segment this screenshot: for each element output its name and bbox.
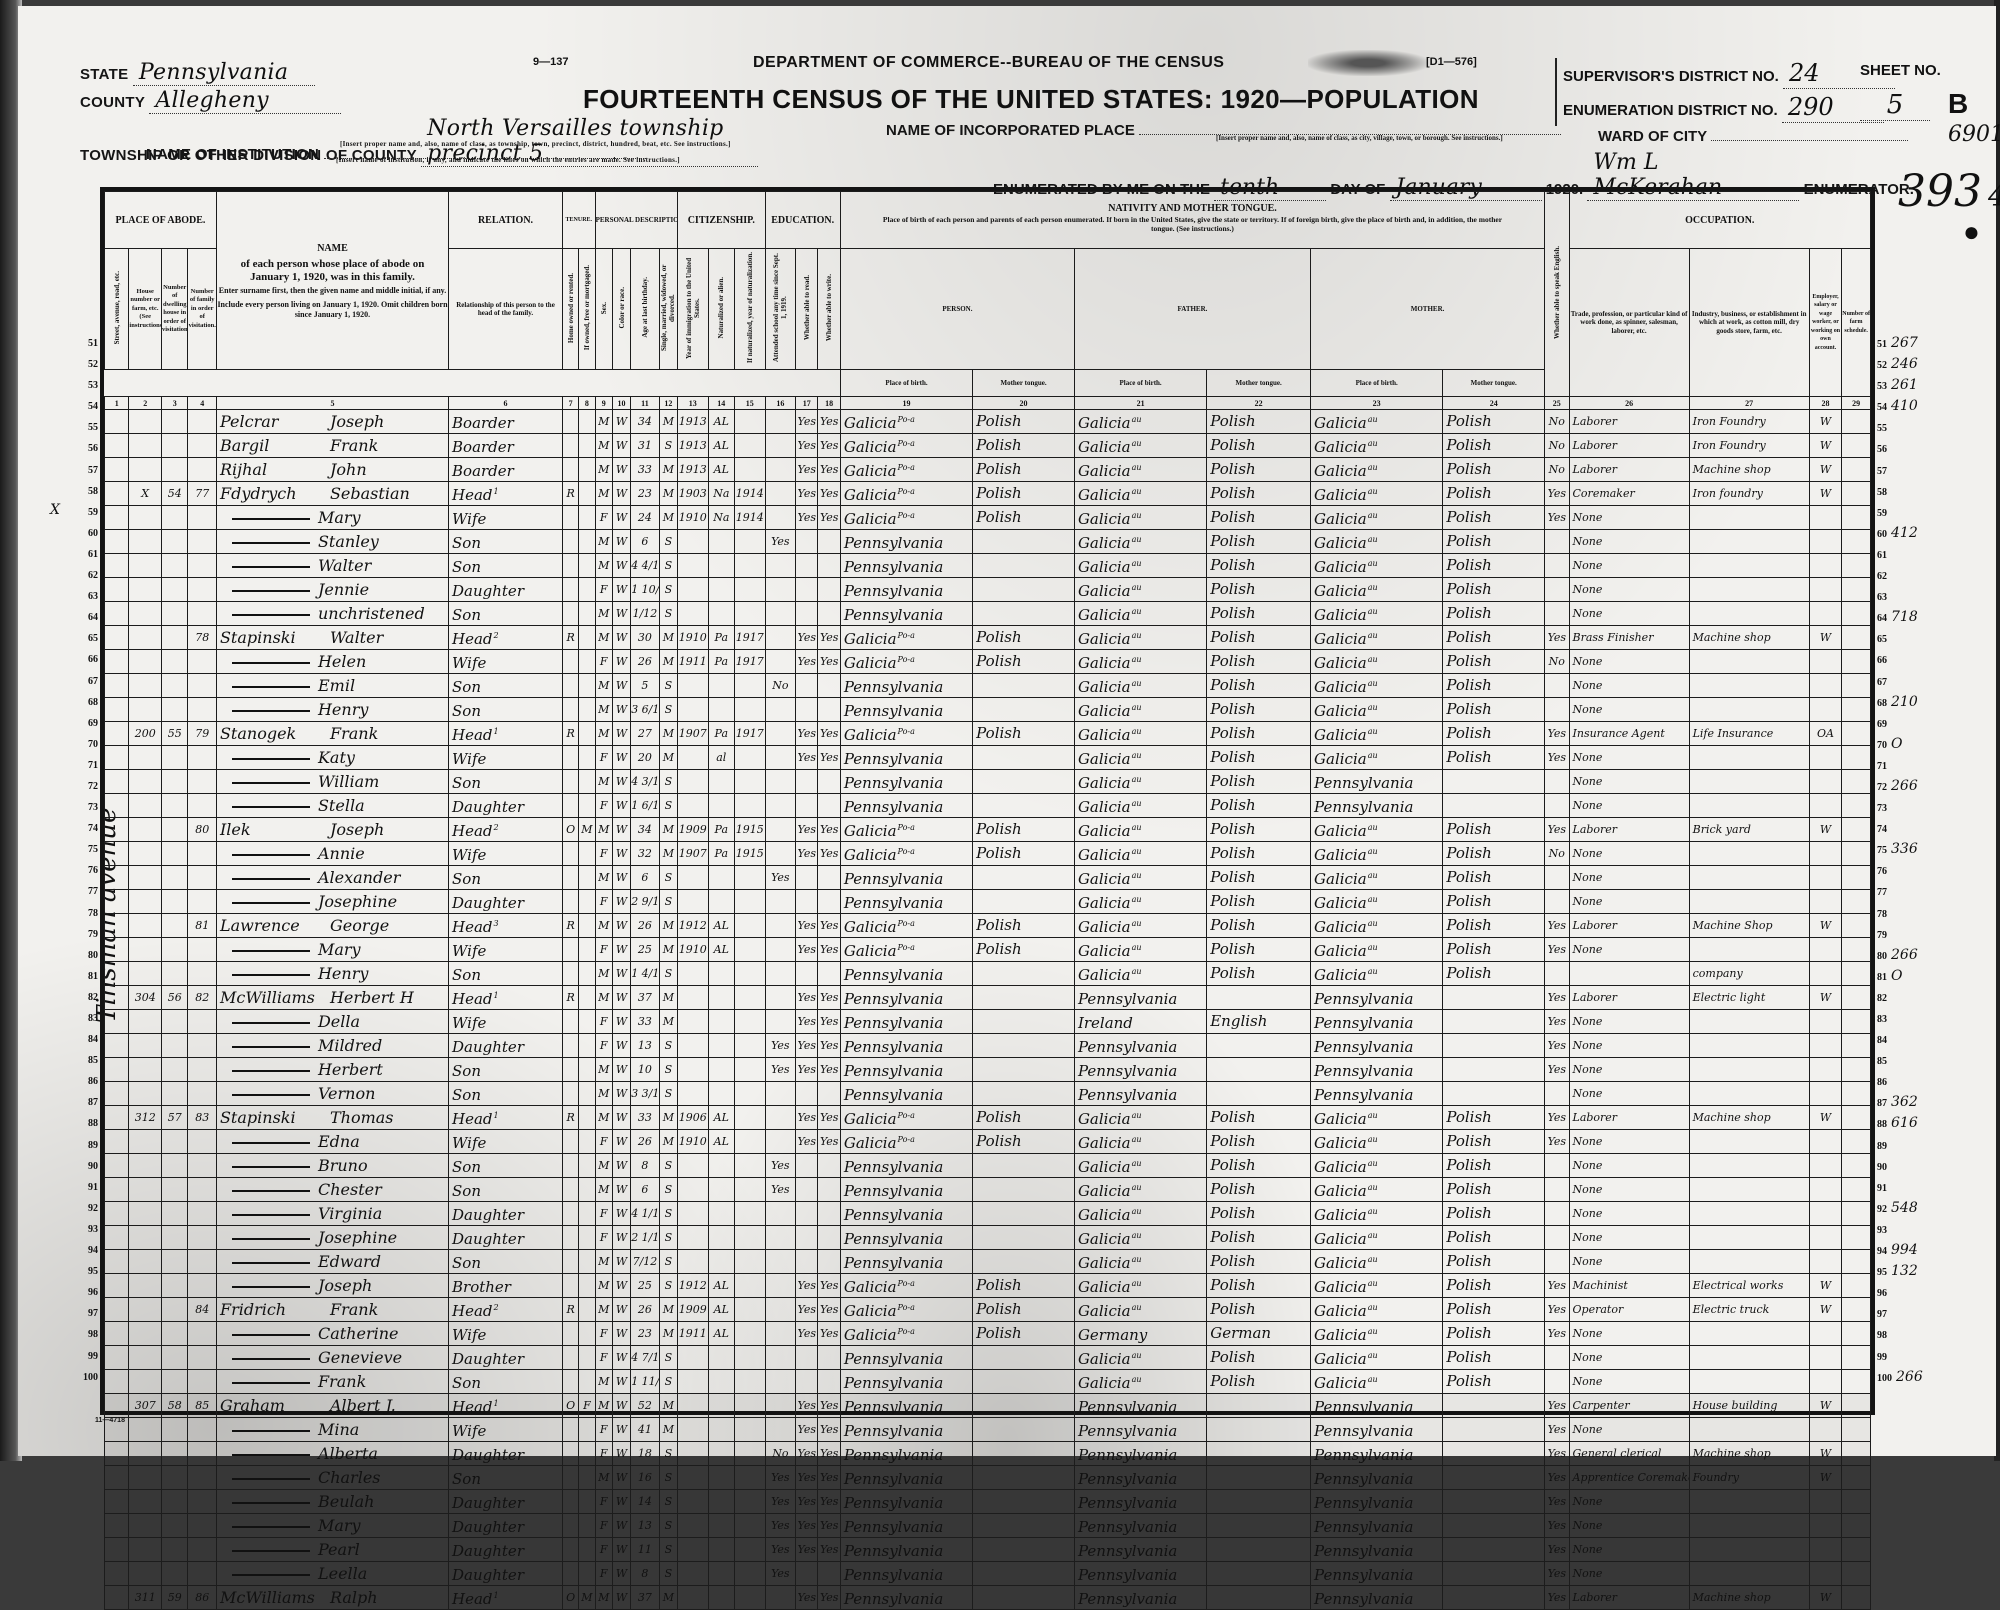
farm-cell xyxy=(1842,722,1871,746)
sex-cell: F xyxy=(595,1322,612,1346)
dwelling-cell xyxy=(161,1322,187,1346)
f_pob-cell: Galiciaau xyxy=(1074,674,1206,698)
birthplace-suffix: au xyxy=(1132,1207,1142,1216)
nat-cell: AL xyxy=(708,458,734,482)
place-of-birth: Pennsylvania xyxy=(844,1374,943,1392)
birthplace-suffix: au xyxy=(1132,799,1142,808)
name-cell: Alexander xyxy=(216,866,448,890)
column-number: 10 xyxy=(612,397,630,410)
line-number-label: 98 xyxy=(1877,1330,1887,1341)
age-cell: 24 xyxy=(631,506,659,530)
age-cell: 26 xyxy=(631,1130,659,1154)
trade-cell: Laborer xyxy=(1569,458,1689,482)
table-row: 3045682McWilliamsHerbert HHead1RMW37MYes… xyxy=(105,986,1871,1010)
class-cell xyxy=(1809,962,1842,986)
birthplace-suffix: au xyxy=(1368,583,1378,592)
race-cell: W xyxy=(612,1274,630,1298)
write-cell: Yes xyxy=(818,1010,840,1034)
race-cell: W xyxy=(612,866,630,890)
m_tongue-cell: Polish xyxy=(1443,1178,1545,1202)
place-of-birth: Pennsylvania xyxy=(844,582,943,600)
place-of-birth: Galicia xyxy=(1078,534,1131,552)
ditto-dash xyxy=(232,1262,310,1264)
english-cell xyxy=(1545,1154,1569,1178)
surname: Fdydrych xyxy=(220,484,330,503)
race-cell: W xyxy=(612,1010,630,1034)
write-cell: Yes xyxy=(818,458,840,482)
english-cell: Yes xyxy=(1545,1442,1569,1462)
f_pob-cell: Galiciaau xyxy=(1074,1346,1206,1370)
trade-cell: None xyxy=(1569,506,1689,530)
marital-cell: S xyxy=(659,578,677,602)
line-number-right: 55 xyxy=(1877,417,1997,438)
birthplace-suffix: au xyxy=(1132,847,1142,856)
line-number-right: 60412 xyxy=(1877,523,1997,544)
place-of-birth: Pennsylvania xyxy=(1078,1086,1177,1104)
place-of-birth: Galicia xyxy=(1078,1158,1131,1176)
race-cell: W xyxy=(612,554,630,578)
f_tongue-cell: Polish xyxy=(1207,746,1311,770)
tongue-cell: Polish xyxy=(973,1130,1075,1154)
line-number: 54 xyxy=(58,396,98,417)
read-cell xyxy=(796,1346,818,1370)
relation: Wife xyxy=(452,846,486,864)
mort-cell xyxy=(579,1082,595,1106)
given-name: Mary xyxy=(318,508,361,527)
class-cell xyxy=(1809,1202,1842,1226)
pob-cell: GaliciaPo-a xyxy=(840,1106,972,1130)
own-cell xyxy=(563,1274,579,1298)
line-number-label: 76 xyxy=(1877,866,1887,877)
write-cell: Yes xyxy=(818,1298,840,1322)
column-number: 9 xyxy=(595,397,612,410)
place-of-birth: Pennsylvania xyxy=(844,1350,943,1368)
farm-cell xyxy=(1842,554,1871,578)
house-cell xyxy=(129,698,162,722)
pob-cell: GaliciaPo-a xyxy=(840,506,972,530)
write-cell: Yes xyxy=(818,1130,840,1154)
place-of-birth: Pennsylvania xyxy=(1314,774,1413,792)
table-row: 2005579StanogekFrankHead1RMW27M1907Pa191… xyxy=(105,722,1871,746)
marital-cell: M xyxy=(659,722,677,746)
trade-cell: None xyxy=(1569,698,1689,722)
place-of-birth: Pennsylvania xyxy=(844,534,943,552)
relation: Wife xyxy=(452,1422,486,1440)
m_tongue-cell: Polish xyxy=(1443,482,1545,506)
street-cell xyxy=(105,1298,129,1322)
relation-cell: Son xyxy=(449,1082,563,1106)
m_pob-cell: Galiciaau xyxy=(1311,458,1443,482)
footer-code: 11—4718 xyxy=(95,1417,125,1424)
f_pob-cell: Galiciaau xyxy=(1074,482,1206,506)
line-number-label: 100 xyxy=(1877,1373,1892,1384)
family-cell xyxy=(188,530,217,554)
family-cell xyxy=(188,602,217,626)
col2-header: House number or farm, etc. (See instruct… xyxy=(129,249,162,370)
trade-cell: None xyxy=(1569,794,1689,818)
f_tongue-cell: Polish xyxy=(1207,914,1311,938)
given-name: Josephine xyxy=(318,1228,397,1247)
place-of-birth: Galicia xyxy=(1078,606,1131,624)
street-cell xyxy=(105,626,129,650)
nat-cell xyxy=(708,530,734,554)
pob-cell: Pennsylvania xyxy=(840,1178,972,1202)
column-number: 18 xyxy=(818,397,840,410)
sex-cell: M xyxy=(595,986,612,1010)
age-cell: 1/12 xyxy=(631,602,659,626)
given-name: Joseph xyxy=(330,412,384,431)
col7-header: Home owned or rented. xyxy=(563,249,579,370)
immig-cell xyxy=(678,1346,709,1370)
street-cell xyxy=(105,722,129,746)
relation: Head xyxy=(452,918,493,936)
street-cell xyxy=(105,746,129,770)
sex-cell: M xyxy=(595,626,612,650)
line-number-label: 69 xyxy=(1877,719,1887,730)
birthplace-suffix: au xyxy=(1368,943,1378,952)
read-cell: Yes xyxy=(796,1322,818,1346)
birthplace-suffix: au xyxy=(1132,511,1142,520)
nat-cell: AL xyxy=(708,1322,734,1346)
school-cell xyxy=(765,1418,796,1442)
f_tongue-cell xyxy=(1207,1394,1311,1418)
ditto-dash xyxy=(232,1238,310,1240)
house-cell xyxy=(129,1034,162,1058)
read-cell: Yes xyxy=(796,818,818,842)
sex-cell: M xyxy=(595,1250,612,1274)
line-number: 92 xyxy=(58,1198,98,1219)
tongue-cell: Polish xyxy=(973,482,1075,506)
place-of-birth: Pennsylvania xyxy=(1314,1038,1413,1056)
birthplace-suffix: Po-a xyxy=(898,487,915,496)
farm-cell xyxy=(1842,1226,1871,1250)
nat-cell xyxy=(708,554,734,578)
nat_year-cell: 1914 xyxy=(735,482,766,506)
line-number: 55 xyxy=(58,417,98,438)
col11-label: Age at last birthday. xyxy=(641,277,649,338)
supervisor-district-line: Supervisor's District No. 24 xyxy=(1563,58,1895,92)
race-cell: W xyxy=(612,506,630,530)
sex-cell: M xyxy=(595,458,612,482)
pob-cell: GaliciaPo-a xyxy=(840,482,972,506)
given-name: Edward xyxy=(318,1252,381,1271)
marital-cell: S xyxy=(659,1202,677,1226)
age-cell: 5 xyxy=(631,674,659,698)
dwelling-cell xyxy=(161,1370,187,1394)
dwelling-cell xyxy=(161,1346,187,1370)
m_tongue-cell: Polish xyxy=(1443,434,1545,458)
relation: Wife xyxy=(452,1014,486,1032)
read-cell: Yes xyxy=(796,1274,818,1298)
tongue-cell: Polish xyxy=(973,842,1075,866)
place-of-birth: Galicia xyxy=(1314,846,1367,864)
english-cell: Yes xyxy=(1545,722,1569,746)
industry-cell xyxy=(1689,1346,1809,1370)
given-name: Genevieve xyxy=(318,1348,402,1367)
line-number-right: 73 xyxy=(1877,797,1997,818)
line-number-label: 88 xyxy=(1877,1119,1887,1130)
nat_year-cell xyxy=(735,890,766,914)
age-cell: 4 4/12 xyxy=(631,554,659,578)
class-cell: W xyxy=(1809,986,1842,1010)
line-number-label: 93 xyxy=(1877,1225,1887,1236)
col12-label: Single, married, widowed, or divorced. xyxy=(660,252,676,364)
trade-cell: Laborer xyxy=(1569,410,1689,434)
ditto-dash xyxy=(232,1142,310,1144)
industry-cell xyxy=(1689,770,1809,794)
own-cell xyxy=(563,410,579,434)
given-name: William xyxy=(318,772,379,791)
table-row: BrunoSonMW8SYesPennsylvaniaGaliciaauPoli… xyxy=(105,1154,1871,1178)
street-cell xyxy=(105,1058,129,1082)
family-cell xyxy=(188,794,217,818)
m_pob-cell: Galiciaau xyxy=(1311,842,1443,866)
industry-cell xyxy=(1689,1370,1809,1394)
incorporated-line: Name of incorporated place [Insert prope… xyxy=(886,122,1561,139)
relation: Head xyxy=(452,822,493,840)
trade-cell: None xyxy=(1569,1202,1689,1226)
trade-cell: None xyxy=(1569,602,1689,626)
trade-cell: None xyxy=(1569,770,1689,794)
farm-cell xyxy=(1842,674,1871,698)
incorporated-note: [Insert proper name and, also, name of c… xyxy=(1216,134,1503,142)
column-number: 13 xyxy=(678,397,709,410)
dwelling-cell xyxy=(161,506,187,530)
m_tongue-cell: Polish xyxy=(1443,698,1545,722)
class-cell xyxy=(1809,938,1842,962)
own-cell xyxy=(563,434,579,458)
industry-cell xyxy=(1689,1418,1809,1442)
nat-cell xyxy=(708,674,734,698)
trade-cell: None xyxy=(1569,1082,1689,1106)
f_tongue-cell: Polish xyxy=(1207,1370,1311,1394)
farm-cell xyxy=(1842,1106,1871,1130)
nat_year-cell: 1915 xyxy=(735,842,766,866)
birthplace-suffix: au xyxy=(1368,703,1378,712)
sheet-number-box: Sheet No. 5 B xyxy=(1860,62,1941,79)
name-cell: Mary xyxy=(216,938,448,962)
own-cell: R xyxy=(563,1298,579,1322)
school-cell xyxy=(765,410,796,434)
race-cell: W xyxy=(612,1442,630,1462)
place-of-birth: Galicia xyxy=(1314,1182,1367,1200)
place-of-birth: Galicia xyxy=(1314,606,1367,624)
f_tongue-cell: Polish xyxy=(1207,1202,1311,1226)
name-cell: StapinskiWalter xyxy=(216,626,448,650)
dwelling-cell xyxy=(161,1010,187,1034)
race-cell: W xyxy=(612,1418,630,1442)
place-of-birth: Galicia xyxy=(1314,1206,1367,1224)
dwelling-cell xyxy=(161,674,187,698)
pob-cell: Pennsylvania xyxy=(840,1058,972,1082)
m_pob-cell: Galiciaau xyxy=(1311,1178,1443,1202)
nat_year-cell xyxy=(735,434,766,458)
place-of-birth: Galicia xyxy=(1314,1278,1367,1296)
nat-cell xyxy=(708,1226,734,1250)
place-of-birth: Galicia xyxy=(1078,654,1131,672)
m_tongue-cell: Polish xyxy=(1443,650,1545,674)
m_tongue-cell: Polish xyxy=(1443,842,1545,866)
family-cell xyxy=(188,434,217,458)
trade-cell: None xyxy=(1569,1178,1689,1202)
race-cell: W xyxy=(612,914,630,938)
age-cell: 3 6/12 xyxy=(631,698,659,722)
mort-cell xyxy=(579,1154,595,1178)
mort-cell xyxy=(579,1442,595,1462)
sheet-number: 5 xyxy=(1860,90,1930,121)
family-cell: 78 xyxy=(188,626,217,650)
relation: Daughter xyxy=(452,582,524,600)
place-of-birth: Galicia xyxy=(1314,1350,1367,1368)
relation: Daughter xyxy=(452,1038,524,1056)
english-cell: Yes xyxy=(1545,1298,1569,1322)
marital-cell: S xyxy=(659,866,677,890)
school-cell xyxy=(765,506,796,530)
line-number-label: 91 xyxy=(1877,1183,1887,1194)
class-cell xyxy=(1809,578,1842,602)
farm-cell xyxy=(1842,1202,1871,1226)
table-row: EdwardSonMW7/12SPennsylvaniaGaliciaauPol… xyxy=(105,1250,1871,1274)
ward-line: Ward of city xyxy=(1598,128,1908,145)
pob-cell: Pennsylvania xyxy=(840,1346,972,1370)
trade-cell: Laborer xyxy=(1569,986,1689,1010)
mort-cell xyxy=(579,938,595,962)
f_tongue-cell: Polish xyxy=(1207,938,1311,962)
relation: Son xyxy=(452,606,481,624)
marital-cell: S xyxy=(659,1154,677,1178)
name-cell: Helen xyxy=(216,650,448,674)
family-cell xyxy=(188,1322,217,1346)
sex-cell: M xyxy=(595,1370,612,1394)
tongue-cell: Polish xyxy=(973,1106,1075,1130)
f_tongue-cell: Polish xyxy=(1207,674,1311,698)
line-number-label: 87 xyxy=(1877,1098,1887,1109)
street-cell xyxy=(105,1202,129,1226)
m_tongue-cell: Polish xyxy=(1443,458,1545,482)
street-cell xyxy=(105,1370,129,1394)
tongue-cell xyxy=(973,1082,1075,1106)
table-row: RijhalJohnBoarderMW33M1913ALYesYesGalici… xyxy=(105,458,1871,482)
sex-cell: M xyxy=(595,698,612,722)
birthplace-suffix: au xyxy=(1368,679,1378,688)
place-of-birth: Pennsylvania xyxy=(1078,1446,1177,1461)
margin-note: O xyxy=(1891,736,1902,752)
m_tongue-cell xyxy=(1443,1034,1545,1058)
own-cell xyxy=(563,842,579,866)
age-cell: 26 xyxy=(631,1298,659,1322)
immig-cell: 1909 xyxy=(678,818,709,842)
dwelling-cell xyxy=(161,698,187,722)
english-cell: No xyxy=(1545,458,1569,482)
school-cell xyxy=(765,818,796,842)
m_tongue-cell: Polish xyxy=(1443,818,1545,842)
dwelling-cell xyxy=(161,1250,187,1274)
margin-note: 410 xyxy=(1891,398,1918,414)
relation: Daughter xyxy=(452,798,524,816)
write-cell: Yes xyxy=(818,818,840,842)
relation-cell: Wife xyxy=(449,938,563,962)
house-cell xyxy=(129,506,162,530)
trade-cell: None xyxy=(1569,1226,1689,1250)
pob-cell: Pennsylvania xyxy=(840,1034,972,1058)
birthplace-suffix: au xyxy=(1368,1135,1378,1144)
street-cell xyxy=(105,1274,129,1298)
own-cell xyxy=(563,746,579,770)
read-cell xyxy=(796,890,818,914)
sex-cell: F xyxy=(595,1226,612,1250)
margin-note: 266 xyxy=(1891,778,1918,794)
f_tongue-cell: Polish xyxy=(1207,650,1311,674)
read-cell: Yes xyxy=(796,746,818,770)
relation-cell: Daughter xyxy=(449,1226,563,1250)
surname: Pelcrar xyxy=(220,412,330,431)
tongue-cell: Polish xyxy=(973,1322,1075,1346)
line-number-right: 65 xyxy=(1877,628,1997,649)
read-cell xyxy=(796,602,818,626)
nat_year-cell: 1915 xyxy=(735,818,766,842)
family-cell xyxy=(188,410,217,434)
m_pob-cell: Galiciaau xyxy=(1311,1106,1443,1130)
relation-mark: 2 xyxy=(494,1303,499,1312)
race-cell: W xyxy=(612,842,630,866)
relation-cell: Daughter xyxy=(449,1034,563,1058)
industry-cell xyxy=(1689,1034,1809,1058)
line-number: 89 xyxy=(58,1135,98,1156)
write-cell xyxy=(818,554,840,578)
english-cell: Yes xyxy=(1545,818,1569,842)
f_tongue-cell: Polish xyxy=(1207,434,1311,458)
table-row: HelenWifeFW26M1911Pa1917YesYesGaliciaPo-… xyxy=(105,650,1871,674)
age-cell: 26 xyxy=(631,650,659,674)
m_pob-cell: Galiciaau xyxy=(1311,1298,1443,1322)
dwelling-cell xyxy=(161,1226,187,1250)
immig-cell: 1906 xyxy=(678,1106,709,1130)
place-of-birth: Galicia xyxy=(1078,438,1131,456)
relation-cell: Wife xyxy=(449,1418,563,1442)
f_tongue-cell: Polish xyxy=(1207,578,1311,602)
relation-cell: Head2 xyxy=(449,1298,563,1322)
place-of-birth: Galicia xyxy=(1078,846,1131,864)
english-cell: No xyxy=(1545,410,1569,434)
age-cell: 18 xyxy=(631,1442,659,1462)
nat_year-cell xyxy=(735,458,766,482)
surname: Ilek xyxy=(220,820,330,839)
place-of-birth: Pennsylvania xyxy=(844,1230,943,1248)
english-cell xyxy=(1545,962,1569,986)
given-name: Alexander xyxy=(318,868,400,887)
age-cell: 1 4/12 xyxy=(631,962,659,986)
state-label: State xyxy=(80,66,128,83)
ditto-dash xyxy=(232,1286,310,1288)
line-number: 65 xyxy=(58,628,98,649)
f_tongue-cell: German xyxy=(1207,1322,1311,1346)
house-cell xyxy=(129,938,162,962)
place-of-birth: Ireland xyxy=(1078,1014,1133,1032)
industry-cell xyxy=(1689,842,1809,866)
m_pob-cell: Galiciaau xyxy=(1311,1154,1443,1178)
school-cell xyxy=(765,938,796,962)
given-name: Frank xyxy=(330,724,378,743)
race-cell: W xyxy=(612,1322,630,1346)
name-cell: Stella xyxy=(216,794,448,818)
birthplace-suffix: au xyxy=(1368,535,1378,544)
street-cell xyxy=(105,1442,129,1462)
col4-header: Number of family in order of visitation. xyxy=(188,249,217,370)
birthplace-suffix: au xyxy=(1368,919,1378,928)
own-cell xyxy=(563,1178,579,1202)
birthplace-suffix: Po-a xyxy=(898,919,915,928)
school-cell xyxy=(765,962,796,986)
